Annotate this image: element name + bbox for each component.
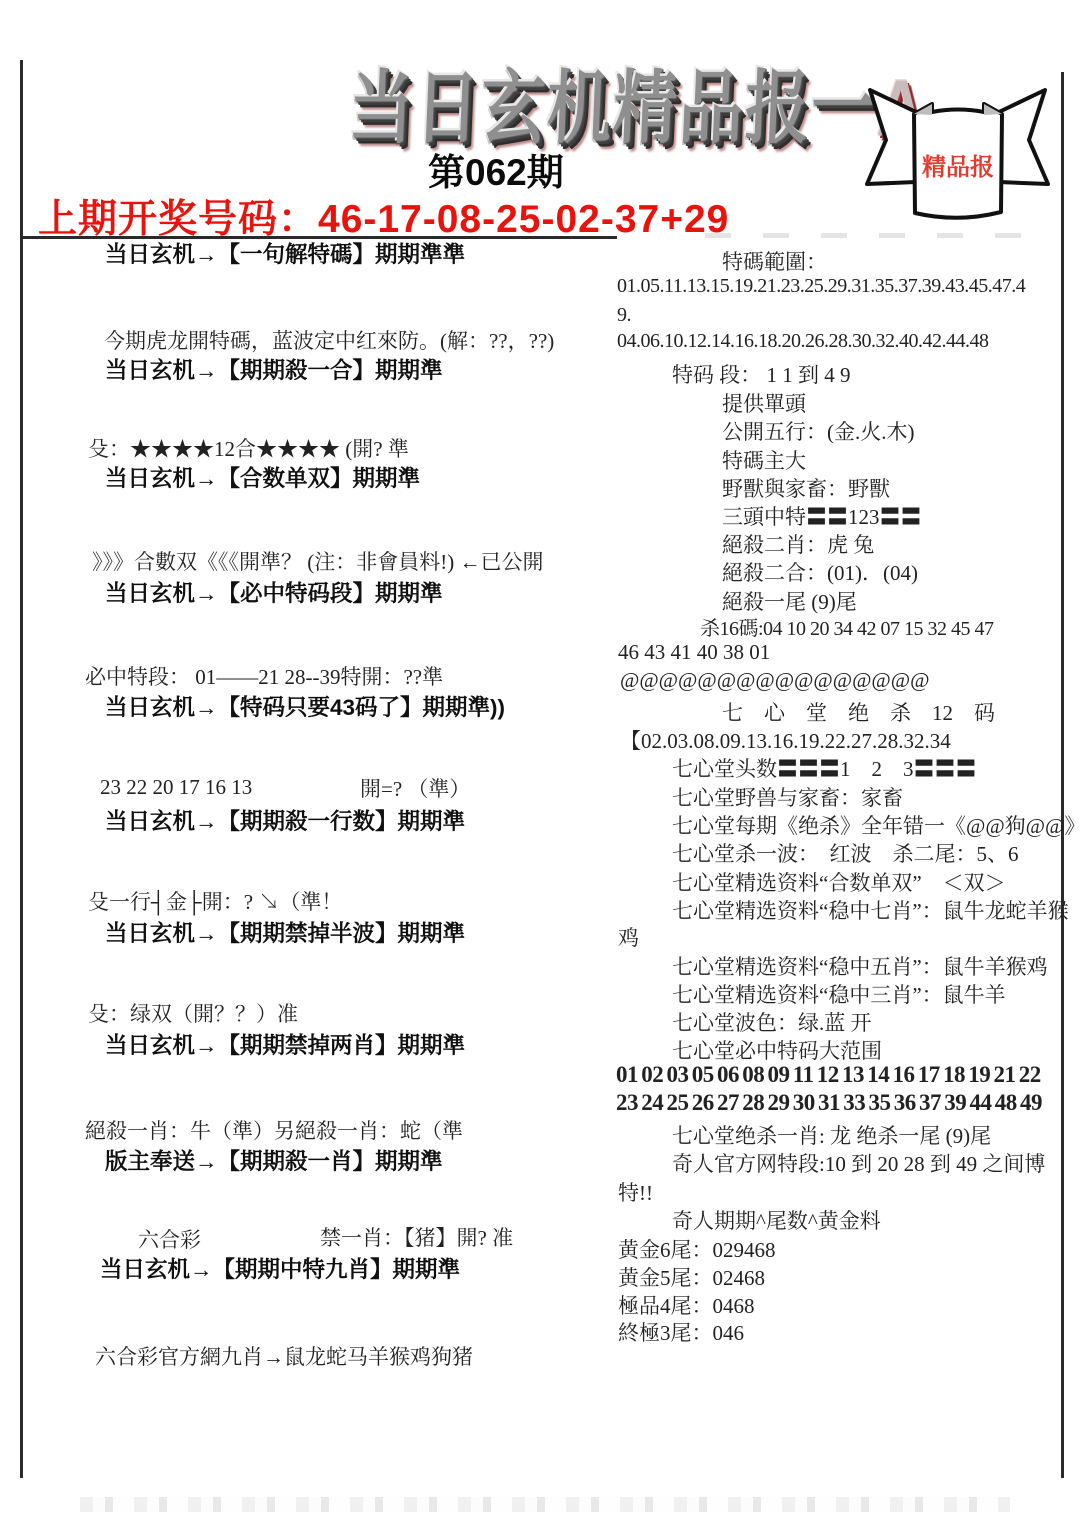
masthead-title-text: 当日玄机精品报一 <box>347 63 879 153</box>
left-line: 六合彩官方網九肖→鼠龙蛇马羊猴鸡狗猪 <box>95 1341 473 1371</box>
right-line: 七心堂杀一波： 红波 杀二尾：5、6 <box>672 838 1019 868</box>
right-line: 七心堂精选资料“合数单双” ＜双＞ <box>672 867 1006 897</box>
right-line: 三頭中特〓〓123〓〓 <box>722 501 922 531</box>
ribbon-banner-icon: 精品报 <box>852 62 1064 254</box>
right-line: 46 43 41 40 38 01 <box>618 640 770 665</box>
right-line: 奇人官方网特段:10 到 20 28 到 49 之间博 <box>672 1148 1045 1178</box>
left-line: 開=? （準） <box>360 773 470 803</box>
right-line: @@@@@@@@@@@@@@@@ <box>620 668 929 693</box>
right-line: 04.06.10.12.14.16.18.20.26.28.30.32.40.4… <box>617 330 989 353</box>
ribbon-label: 精品报 <box>922 153 994 181</box>
left-line: 当日玄机→【必中特码段】期期準 <box>105 576 443 608</box>
scan-noise-strip <box>80 1497 1010 1512</box>
right-line: 提供單頭 <box>722 388 806 418</box>
right-line: 七心堂每期《绝杀》全年错一《@@狗@@》 <box>672 810 1080 840</box>
right-line: 特!! <box>618 1177 653 1207</box>
right-line: 野獸與家畜：野獸 <box>722 473 890 503</box>
right-line: 特碼主大 <box>722 445 806 475</box>
left-line: 当日玄机→【期期殺一行数】期期準 <box>105 804 465 836</box>
left-line: 当日玄机→【期期殺一合】期期準 <box>105 353 443 385</box>
right-line: 七心堂精选资料“稳中三肖”：鼠牛羊 <box>672 979 1006 1009</box>
right-line: 黄金5尾：02468 <box>618 1262 765 1292</box>
left-line: 殳：★★★★12合★★★★ (開? 準 <box>88 433 409 463</box>
right-border-rule <box>1061 72 1064 1478</box>
right-line: 杀16碼:04 10 20 34 42 07 15 32 45 47 <box>700 612 994 641</box>
left-line: 必中特段： 01——21 28--39特開：??準 <box>85 661 443 691</box>
right-line: 【02.03.08.09.13.16.19.22.27.28.32.34 <box>620 725 951 755</box>
left-line: 23 22 20 17 16 13 <box>100 775 252 800</box>
left-line: 当日玄机→【期期禁掉两肖】期期準 <box>105 1028 465 1060</box>
right-line: 黄金6尾：029468 <box>618 1234 776 1264</box>
left-line: 殳一行┤金├開：? ↘（準！ <box>88 886 342 916</box>
right-line: 七心堂精选资料“稳中七肖”：鼠牛龙蛇羊猴 <box>672 895 1069 925</box>
right-line: 公開五行：(金.火.木) <box>722 416 915 446</box>
right-line: 01.05.11.13.15.19.21.23.25.29.31.35.37.3… <box>617 275 1025 298</box>
right-line: 七 心 堂 绝 杀 12 码 <box>722 697 995 727</box>
right-line: 極品4尾：0468 <box>618 1290 755 1320</box>
right-line: 特碼範圍： <box>722 246 827 276</box>
right-line: 鸡 <box>618 922 639 952</box>
right-line: 七心堂野兽与家畜：家畜 <box>672 782 903 812</box>
right-line: 七心堂头数〓〓〓1 2 3〓〓〓 <box>672 753 977 783</box>
right-line: 七心堂绝杀一肖: 龙 绝杀一尾 (9)尾 <box>672 1120 991 1150</box>
left-line: 絕殺一肖：牛（準）另絕殺一肖：蛇（準 <box>85 1115 463 1145</box>
right-line: 七心堂波色：绿.蓝 开 <box>672 1007 872 1037</box>
right-line: 特码 段： 1 1 到 4 9 <box>672 359 851 389</box>
right-line: 絕殺二合：(01)．(04) <box>722 557 918 587</box>
left-line: 六合彩 <box>138 1224 201 1254</box>
tip-sheet-page: 当日玄机精品报一A 第062期 上期开奖号码：46-17-08-25-02-37… <box>0 0 1080 1527</box>
right-line: 23 24 25 26 27 28 29 30 31 33 35 36 37 3… <box>616 1090 1042 1116</box>
right-line: 終極3尾：046 <box>618 1317 744 1347</box>
right-line: 01 02 03 05 06 08 09 11 12 13 14 16 17 1… <box>616 1062 1041 1088</box>
right-line: 七心堂精选资料“稳中五肖”：鼠牛羊猴鸡 <box>672 951 1048 981</box>
scan-cutoff-strip <box>0 0 1080 54</box>
left-line: 》》》合數双《《《開準？ (注：非會員料!) ←已公開 <box>92 546 543 576</box>
left-line: 当日玄机→【合数单双】期期準 <box>105 461 420 493</box>
right-line: 奇人期期^尾数^黄金料 <box>672 1205 881 1235</box>
left-border-rule <box>20 60 23 1478</box>
right-line: 絕殺二肖：虎 兔 <box>722 529 874 559</box>
right-line: 9. <box>617 304 631 327</box>
left-line: 当日玄机→【期期中特九肖】期期準 <box>100 1252 460 1284</box>
left-line: 版主奉送→【期期殺一肖】期期準 <box>105 1144 443 1176</box>
left-line: 今期虎龙開特碼，蓝波定中红來防。(解：??，??) <box>104 325 554 355</box>
left-line: 禁一肖：【猪】開? 准 <box>320 1222 513 1252</box>
last-draw-numbers: 上期开奖号码：46-17-08-25-02-37+29 <box>38 188 729 244</box>
left-line: 当日玄机→【期期禁掉半波】期期準 <box>105 916 465 948</box>
left-line: 当日玄机→【特码只要43码了】期期準)) <box>105 690 505 722</box>
right-line: 七心堂必中特码大范围 <box>672 1035 882 1065</box>
left-line: 殳：绿双（開？？）准 <box>88 998 298 1028</box>
